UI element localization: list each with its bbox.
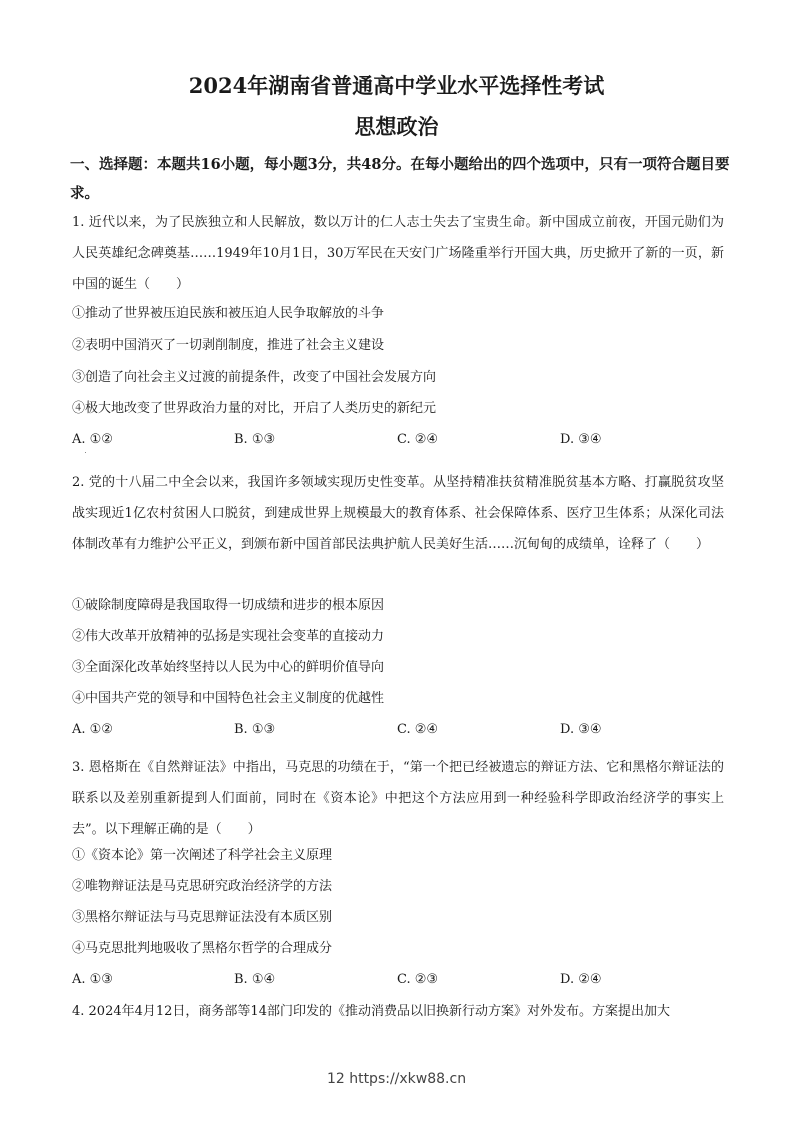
section-heading: 一、选择题：本题共16小题，每小题3分，共48分。在每小题给出的四个选项中，只有… — [70, 150, 730, 208]
question-1-option-c[interactable]: C. ②④ — [397, 431, 438, 449]
question-2-statement-2: ②伟大改革开放精神的弘扬是实现社会变革的直接动力 — [72, 628, 384, 646]
question-1-options: A. ①② B. ①③ C. ②④ D. ③④ — [72, 431, 732, 449]
question-1-statement-4: ④极大地改变了世界政治力量的对比，开启了人类历史的新纪元 — [72, 400, 436, 418]
question-2-statement-3: ③全面深化改革始终坚持以人民为中心的鲜明价值导向 — [72, 659, 384, 677]
question-4-stem: 4. 2024年4月12日，商务部等14部门印发的《推动消费品以旧换新行动方案》… — [72, 1003, 670, 1021]
question-1-stem: 1. 近代以来，为了民族独立和人民解放，数以万计的仁人志士失去了宝贵生命。新中国… — [72, 207, 724, 300]
question-1-option-a[interactable]: A. ①② — [72, 431, 113, 449]
question-2-statement-4: ④中国共产党的领导和中国特色社会主义制度的优越性 — [72, 690, 384, 708]
question-1-statement-3: ③创造了向社会主义过渡的前提条件，改变了中国社会发展方向 — [72, 369, 436, 387]
question-1-statement-2: ②表明中国消灭了一切剥削制度，推进了社会主义建设 — [72, 337, 384, 355]
question-2-stem: 2. 党的十八届二中全会以来，我国许多领域实现历史性变革。从坚持精准扶贫精准脱贫… — [72, 467, 724, 560]
question-3-option-b[interactable]: B. ①④ — [234, 971, 275, 989]
question-1-statement-1: ①推动了世界被压迫民族和被压迫人民争取解放的斗争 — [72, 305, 384, 323]
question-1-option-d[interactable]: D. ③④ — [560, 431, 602, 449]
question-3-statement-1: ①《资本论》第一次阐述了科学社会主义原理 — [72, 847, 332, 865]
question-3-option-d[interactable]: D. ②④ — [560, 971, 602, 989]
question-2-option-b[interactable]: B. ①③ — [234, 721, 275, 739]
question-3-stem: 3. 恩格斯在《自然辩证法》中指出，马克思的功绩在于，“第一个把已经被遗忘的辩证… — [72, 752, 724, 845]
question-3-option-c[interactable]: C. ②③ — [397, 971, 438, 989]
question-3-option-a[interactable]: A. ①③ — [72, 971, 113, 989]
exam-title: 2024年湖南省普通高中学业水平选择性考试 — [0, 70, 793, 100]
question-2-option-a[interactable]: A. ①② — [72, 721, 113, 739]
exam-page: 2024年湖南省普通高中学业水平选择性考试 思想政治 一、选择题：本题共16小题… — [0, 0, 793, 1122]
question-3-statement-2: ②唯物辩证法是马克思研究政治经济学的方法 — [72, 878, 332, 896]
question-2-option-d[interactable]: D. ③④ — [560, 721, 602, 739]
question-2-option-c[interactable]: C. ②④ — [397, 721, 438, 739]
stray-dot — [85, 452, 86, 453]
question-2-options: A. ①② B. ①③ C. ②④ D. ③④ — [72, 721, 732, 739]
question-3-statement-3: ③黑格尔辩证法与马克思辩证法没有本质区别 — [72, 909, 332, 927]
exam-subject: 思想政治 — [0, 111, 793, 141]
question-3-options: A. ①③ B. ①④ C. ②③ D. ②④ — [72, 971, 732, 989]
question-2-statement-1: ①破除制度障碍是我国取得一切成绩和进步的根本原因 — [72, 597, 384, 615]
page-footer[interactable]: 12 https://xkw88.cn — [0, 1071, 793, 1087]
question-1-option-b[interactable]: B. ①③ — [234, 431, 275, 449]
question-3-statement-4: ④马克思批判地吸收了黑格尔哲学的合理成分 — [72, 940, 332, 958]
